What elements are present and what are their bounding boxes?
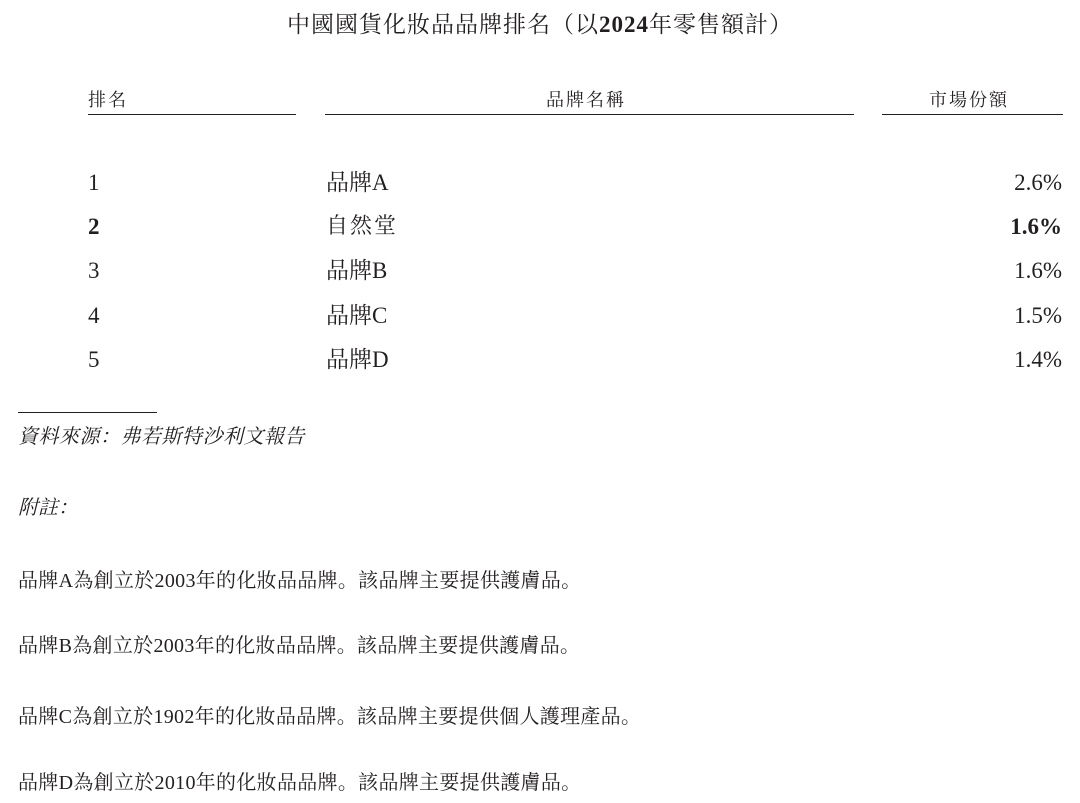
- share-cell: 1.5%: [1014, 302, 1062, 330]
- rank-cell: 1: [88, 169, 100, 197]
- header-brand: 品牌名稱: [546, 86, 626, 112]
- header-rule-rank: [88, 114, 296, 115]
- source-divider: [18, 412, 157, 413]
- rank-cell: 5: [88, 346, 100, 374]
- brand-cell: 品牌B: [326, 257, 387, 285]
- rank-cell: 2: [88, 213, 100, 241]
- notes-label: 附註：: [18, 491, 78, 520]
- title-suffix: 年零售額計）: [649, 12, 793, 38]
- note-item: 品牌C為創立於1902年的化妝品品牌。該品牌主要提供個人護理產品。: [18, 700, 641, 729]
- note-item: 品牌D為創立於2010年的化妝品品牌。該品牌主要提供護膚品。: [18, 766, 581, 795]
- page-title: 中國國貨化妝品品牌排名（以2024年零售額計）: [0, 6, 1080, 39]
- rank-cell: 4: [88, 302, 100, 330]
- brand-cell: 品牌D: [326, 346, 389, 374]
- brand-cell: 品牌A: [326, 169, 389, 197]
- note-item: 品牌B為創立於2003年的化妝品品牌。該品牌主要提供護膚品。: [18, 629, 580, 658]
- share-cell: 1.6%: [1010, 213, 1062, 241]
- header-rule-brand: [325, 114, 854, 115]
- rank-cell: 3: [88, 257, 100, 285]
- share-cell: 1.6%: [1014, 257, 1062, 285]
- header-rank: 排名: [88, 86, 128, 112]
- share-cell: 2.6%: [1014, 169, 1062, 197]
- brand-cell: 品牌C: [326, 302, 387, 330]
- header-share: 市場份額: [929, 86, 1009, 112]
- header-rule-share: [882, 114, 1063, 115]
- source-note: 資料來源：弗若斯特沙利文報告: [18, 420, 305, 449]
- note-item: 品牌A為創立於2003年的化妝品品牌。該品牌主要提供護膚品。: [18, 564, 581, 593]
- brand-cell: 自然堂: [326, 213, 398, 241]
- title-prefix: 中國國貨化妝品品牌排名（以: [287, 12, 599, 38]
- share-cell: 1.4%: [1014, 346, 1062, 374]
- title-year: 2024: [599, 12, 649, 37]
